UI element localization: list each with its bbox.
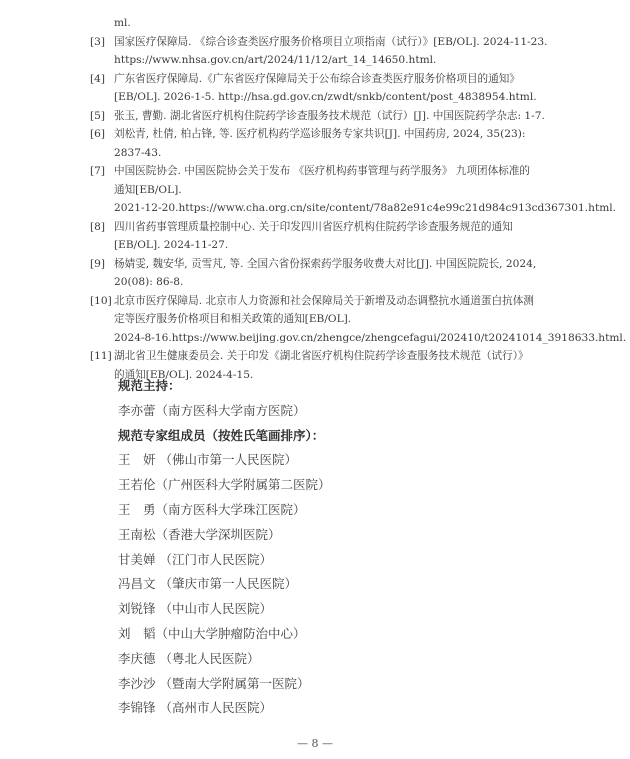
reference-number: [6] xyxy=(90,125,105,144)
reference-text: 四川省药事管理质量控制中心. 关于印发四川省医疗机构住院药学诊查服务规范的通知 xyxy=(114,218,590,237)
expert-team-section: 规范主持： 李亦蕾（南方医科大学南方医院） 规范专家组成员（按姓氏笔画排序）： … xyxy=(118,374,538,721)
reference-number: [5] xyxy=(90,107,105,126)
reference-text: 刘松青, 杜倩, 柏占锋, 等. 医疗机构药学巡诊服务专家共识[J]. 中国药房… xyxy=(114,125,590,144)
reference-text: 张玉, 曹勤. 湖北省医疗机构住院药学诊查服务技术规范（试行）[J]. 中国医院… xyxy=(114,107,590,126)
reference-item: [7] 中国医院协会. 中国医院协会关于发布 《医疗机构药事管理与药学服务》 九… xyxy=(90,162,590,218)
member-entry: 李沙沙 （暨南大学附属第一医院） xyxy=(118,672,538,697)
reference-link[interactable]: 2024-8-16.https://www.beijing.gov.cn/zhe… xyxy=(114,329,590,348)
reference-number: [4] xyxy=(90,70,105,89)
member-entry: 刘锐锋 （中山市人民医院） xyxy=(118,597,538,622)
reference-text: 中国医院协会. 中国医院协会关于发布 《医疗机构药事管理与药学服务》 九项团体标… xyxy=(114,162,590,181)
member-entry: 甘美婵 （江门市人民医院） xyxy=(118,548,538,573)
member-entry: 李庆德 （粤北人民医院） xyxy=(118,647,538,672)
member-entry: 李锦锋 （高州市人民医院） xyxy=(118,696,538,721)
reference-number: [9] xyxy=(90,255,105,274)
reference-text: 杨婧雯, 魏安华, 贡雪芃, 等. 全国六省份探索药学服务收费大对比[J]. 中… xyxy=(114,255,590,274)
reference-text: 2837-43. xyxy=(114,144,590,163)
member-entry: 王若伦（广州医科大学附属第二医院） xyxy=(118,473,538,498)
reference-number: [10] xyxy=(90,292,112,311)
reference-text: 国家医疗保障局. 《综合诊查类医疗服务价格项目立项指南（试行）》[EB/OL].… xyxy=(114,33,590,52)
reference-text: [EB/OL]. 2024-11-27. xyxy=(114,236,590,255)
reference-item: [10] 北京市医疗保障局. 北京市人力资源和社会保障局关于新增及动态调整抗水通… xyxy=(90,292,590,348)
reference-item: [8] 四川省药事管理质量控制中心. 关于印发四川省医疗机构住院药学诊查服务规范… xyxy=(90,218,590,255)
reference-text: 通知[EB/OL]. xyxy=(114,181,590,200)
reference-link[interactable]: [EB/OL]. 2026-1-5. http://hsa.gd.gov.cn/… xyxy=(114,88,590,107)
reference-item: [6] 刘松青, 杜倩, 柏占锋, 等. 医疗机构药学巡诊服务专家共识[J]. … xyxy=(90,125,590,162)
member-entry: 王 妍 （佛山市第一人民医院） xyxy=(118,448,538,473)
host-entry: 李亦蕾（南方医科大学南方医院） xyxy=(118,399,538,424)
reference-number: [8] xyxy=(90,218,105,237)
reference-text: ml. xyxy=(114,14,590,33)
reference-item: [4] 广东省医疗保障局.《广东省医疗保障局关于公布综合诊查类医疗服务价格项目的… xyxy=(90,70,590,107)
member-entry: 冯昌文 （肇庆市第一人民医院） xyxy=(118,572,538,597)
reference-item: [9] 杨婧雯, 魏安华, 贡雪芃, 等. 全国六省份探索药学服务收费大对比[J… xyxy=(90,255,590,292)
page-number: — 8 — xyxy=(0,737,630,750)
reference-text: 20(08): 86-8. xyxy=(114,273,590,292)
reference-number: [11] xyxy=(90,347,112,366)
member-entry: 王南松（香港大学深圳医院） xyxy=(118,523,538,548)
host-heading: 规范主持： xyxy=(118,374,538,399)
reference-item: [3] 国家医疗保障局. 《综合诊查类医疗服务价格项目立项指南（试行）》[EB/… xyxy=(90,33,590,70)
reference-item: [5] 张玉, 曹勤. 湖北省医疗机构住院药学诊查服务技术规范（试行）[J]. … xyxy=(90,107,590,126)
reference-link[interactable]: https://www.nhsa.gov.cn/art/2024/11/12/a… xyxy=(114,51,590,70)
document-page: ml. [3] 国家医疗保障局. 《综合诊查类医疗服务价格项目立项指南（试行）》… xyxy=(0,0,630,759)
reference-text: 北京市医疗保障局. 北京市人力资源和社会保障局关于新增及动态调整抗水通道蛋白抗体… xyxy=(114,292,590,311)
reference-text: 湖北省卫生健康委员会. 关于印发《湖北省医疗机构住院药学诊查服务技术规范（试行）… xyxy=(114,347,590,366)
reference-number: [3] xyxy=(90,33,105,52)
member-entry: 刘 韬（中山大学肿瘤防治中心） xyxy=(118,622,538,647)
member-entry: 王 勇（南方医科大学珠江医院） xyxy=(118,498,538,523)
reference-item: ml. xyxy=(90,14,590,33)
reference-number: [7] xyxy=(90,162,105,181)
members-heading: 规范专家组成员（按姓氏笔画排序）： xyxy=(118,424,538,449)
reference-text: 定等医疗服务价格项目和相关政策的通知[EB/OL]. xyxy=(114,310,590,329)
reference-list: ml. [3] 国家医疗保障局. 《综合诊查类医疗服务价格项目立项指南（试行）》… xyxy=(90,14,590,384)
reference-link[interactable]: 2021-12-20.https://www.cha.org.cn/site/c… xyxy=(114,199,590,218)
reference-text: 广东省医疗保障局.《广东省医疗保障局关于公布综合诊查类医疗服务价格项目的通知》 xyxy=(114,70,590,89)
